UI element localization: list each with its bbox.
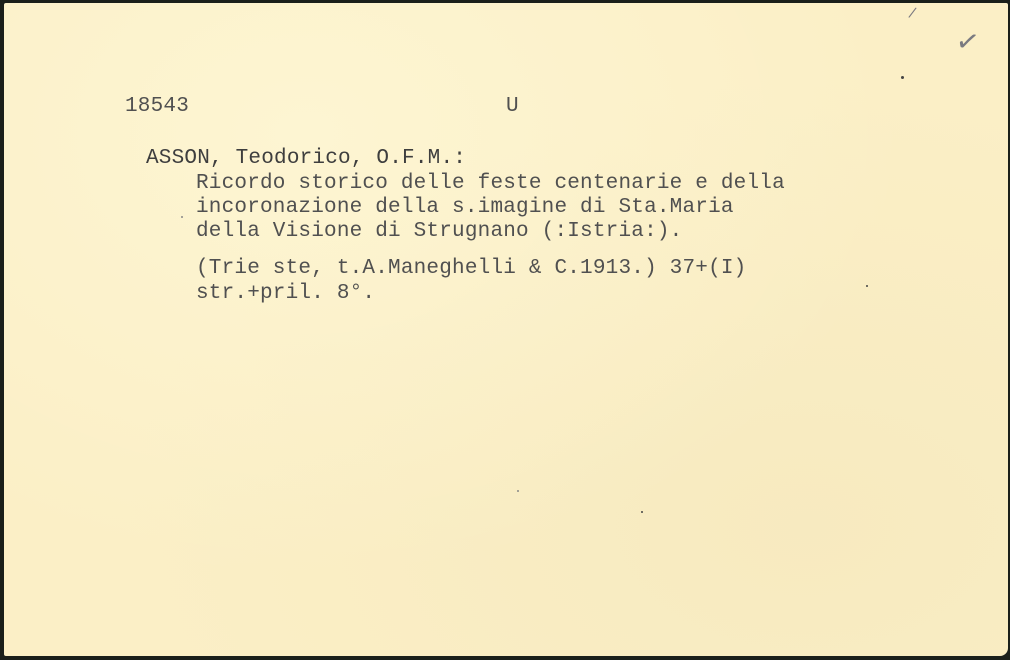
title-line-1: Ricordo storico delle feste centenarie e… bbox=[196, 172, 785, 196]
imprint-line-2: str.+pril. 8°. bbox=[196, 282, 375, 306]
catalog-card: 18543 U ASSON, Teodorico, O.F.M.: Ricord… bbox=[4, 3, 1008, 656]
call-number: 18543 bbox=[125, 95, 189, 119]
title-line-3: della Visione di Strugnano (:Istria:). bbox=[196, 220, 682, 244]
imprint-line-1: (Trie ste, t.A.Maneghelli & C.1913.) 37+… bbox=[196, 257, 747, 281]
location-code: U bbox=[506, 95, 519, 119]
check-mark-icon: ✓ bbox=[953, 23, 982, 60]
paper-speck bbox=[181, 216, 183, 218]
paper-speck bbox=[866, 285, 868, 287]
paper-speck bbox=[641, 511, 643, 513]
author-heading: ASSON, Teodorico, O.F.M.: bbox=[146, 147, 466, 171]
pencil-tick-mark: / bbox=[907, 5, 917, 22]
title-line-2: incoronazione della s.imagine di Sta.Mar… bbox=[196, 196, 734, 220]
paper-speck bbox=[901, 76, 904, 79]
paper-speck bbox=[517, 490, 519, 492]
